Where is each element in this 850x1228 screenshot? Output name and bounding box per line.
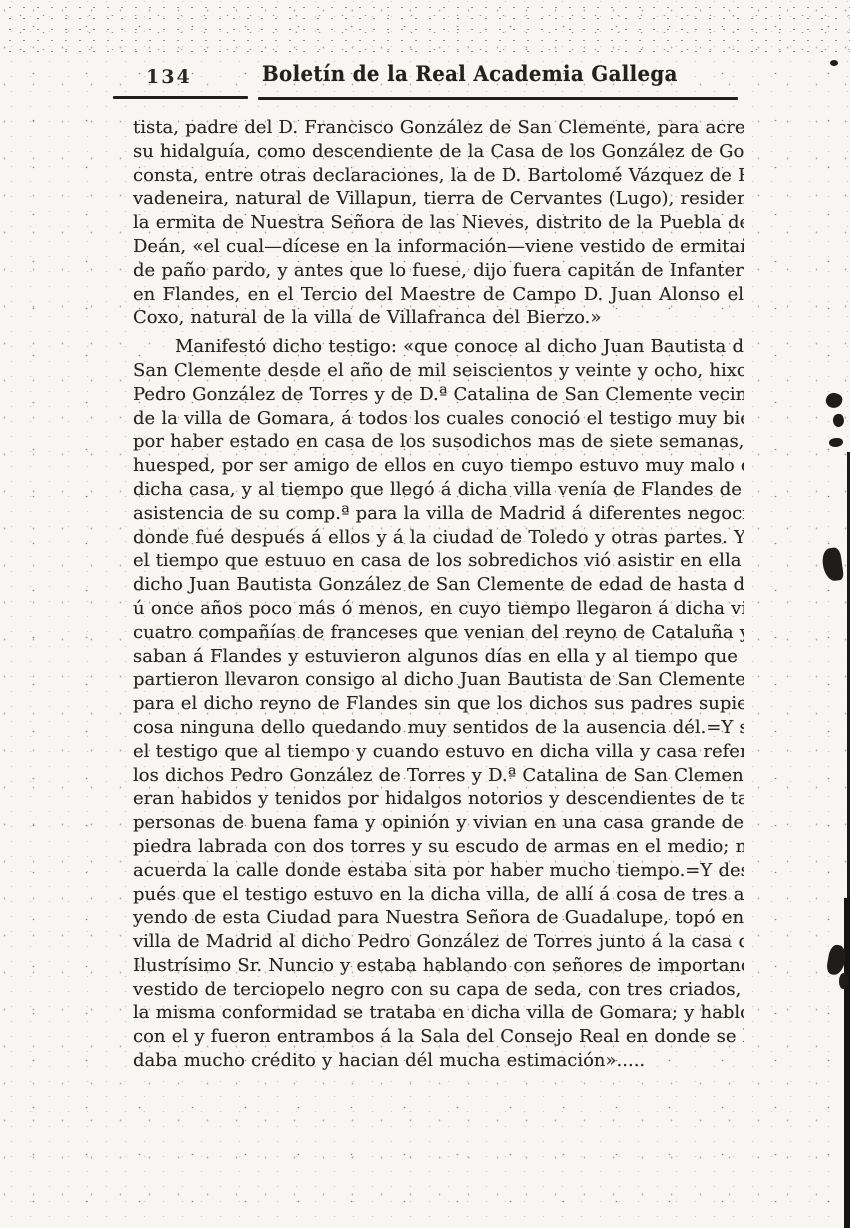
text-line: pués que el testigo estuvo en la dicha v… — [133, 883, 744, 907]
ink-speck — [832, 413, 845, 428]
text-line: acuerda la calle donde estaba sita por h… — [133, 859, 744, 883]
text-line: Deán, «el cual—dícese en la información—… — [133, 235, 744, 259]
text-line: Ilustrísimo Sr. Nuncio y estaba hablando… — [133, 954, 744, 978]
text-line: eran habidos y tenidos por hidalgos noto… — [133, 787, 744, 811]
text-line: asistencia de su comp.ª para la villa de… — [133, 502, 744, 526]
text-line: partieron llevaron consigo al dicho Juan… — [133, 668, 744, 692]
paragraph: Manifestó dicho testigo: «que conoce al … — [133, 335, 744, 1073]
text-line: de paño pardo, y antes que lo fuese, dij… — [133, 259, 744, 283]
ink-speck — [824, 391, 844, 410]
text-line: saban á Flandes y estuvieron algunos día… — [133, 645, 744, 669]
text-line: los dichos Pedro González de Torres y D.… — [133, 764, 744, 788]
header-rule-left-segment — [113, 96, 248, 99]
text-line: San Clemente desde el año de mil seiscie… — [133, 359, 744, 383]
text-line: en Flandes, en el Tercio del Maestre de … — [133, 283, 744, 307]
page-number: 134 — [146, 66, 192, 88]
ink-speck — [829, 438, 843, 447]
header-rule-right-segment — [258, 97, 738, 100]
text-line: huesped, por ser amigo de ellos en cuyo … — [133, 454, 744, 478]
text-line: ú once años poco más ó menos, en cuyo ti… — [133, 597, 744, 621]
text-line: su hidalguía, como descendiente de la Ca… — [133, 140, 744, 164]
text-line: la ermita de Nuestra Señora de las Nieve… — [133, 211, 744, 235]
text-line: con el y fueron entrambos á la Sala del … — [133, 1025, 744, 1049]
text-line: por haber estado en casa de los susodich… — [133, 430, 744, 454]
text-line: de la villa de Gomara, á todos los cuale… — [133, 407, 744, 431]
scan-edge-artifact — [844, 898, 850, 1228]
text-block: tista, padre del D. Francisco González d… — [133, 116, 744, 1073]
ink-speck — [821, 547, 844, 582]
scan-noise-band — [0, 0, 850, 58]
text-line: dicha casa, y al tiempo que llegó á dich… — [133, 478, 744, 502]
text-line: tista, padre del D. Francisco González d… — [133, 116, 744, 140]
text-line: vadeneira, natural de Villapun, tierra d… — [133, 187, 744, 211]
text-line: cuatro compañías de franceses que venian… — [133, 621, 744, 645]
text-line: donde fué después á ellos y á la ciudad … — [133, 526, 744, 550]
text-line: el testigo que al tiempo y cuando estuvo… — [133, 740, 744, 764]
text-line: personas de buena fama y opinión y vivia… — [133, 811, 744, 835]
text-line: consta, entre otras declaraciones, la de… — [133, 164, 744, 188]
text-line: la misma conformidad se trataba en dicha… — [133, 1001, 744, 1025]
text-line: daba mucho crédito y hacian dél mucha es… — [133, 1049, 744, 1073]
ink-speck — [830, 60, 838, 66]
scanned-book-page: 134 Boletín de la Real Academia Gallega … — [0, 0, 850, 1228]
text-line: Coxo, natural de la villa de Villafranca… — [133, 306, 744, 330]
page-title: Boletín de la Real Academia Gallega — [262, 61, 678, 86]
text-line: yendo de esta Ciudad para Nuestra Señora… — [133, 906, 744, 930]
paragraph: tista, padre del D. Francisco González d… — [133, 116, 744, 330]
text-line: villa de Madrid al dicho Pedro González … — [133, 930, 744, 954]
text-line: dicho Juan Bautista González de San Clem… — [133, 573, 744, 597]
text-line: vestido de terciopelo negro con su capa … — [133, 978, 744, 1002]
text-line: para el dicho reyno de Flandes sin que l… — [133, 692, 744, 716]
text-line: Manifestó dicho testigo: «que conoce al … — [133, 335, 744, 359]
text-line: piedra labrada con dos torres y su escud… — [133, 835, 744, 859]
text-line: cosa ninguna dello quedando muy sentidos… — [133, 716, 744, 740]
text-line: Pedro González de Torres y de D.ª Catali… — [133, 383, 744, 407]
text-line: el tiempo que estuuo en casa de los sobr… — [133, 549, 744, 573]
